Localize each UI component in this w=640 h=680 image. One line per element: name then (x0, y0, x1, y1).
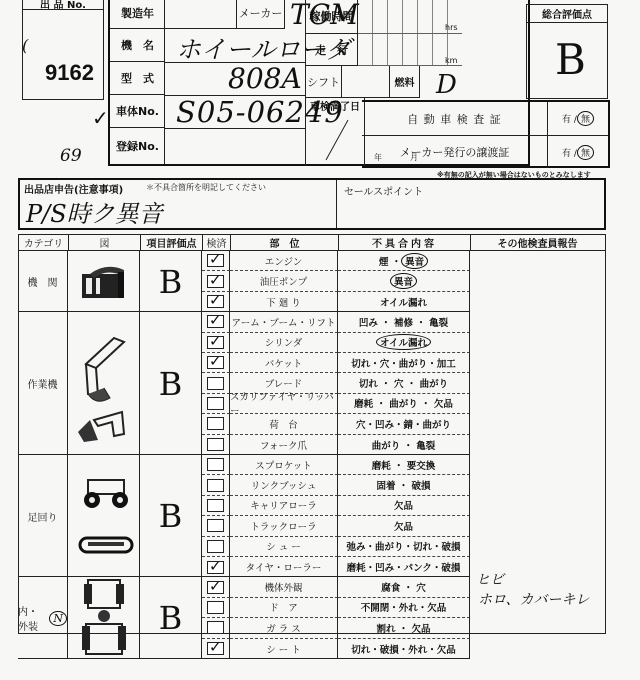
defect-options[interactable]: 欠品 (338, 516, 470, 536)
col-header-defects: 不具合内容 (339, 235, 471, 251)
item-no-label: 出 品 No. (23, 0, 103, 10)
hours-unit: hrs (445, 23, 458, 32)
checked-cell (202, 455, 230, 475)
checked-cell (202, 435, 230, 455)
model-name-label: 機 名 (110, 29, 165, 62)
group-grade[interactable]: B (140, 577, 202, 659)
defect-options[interactable]: 不開閉・外れ・欠品 (338, 598, 470, 618)
remarks-block: 出品店申告(注意事項) ＊不具合箇所を明記してください P/S時ク異音 セールス… (18, 178, 606, 230)
circled-defect: オイル漏れ (376, 334, 431, 350)
inspection-expiry-label: 車検満了日 (306, 98, 364, 112)
cert1-selected: 無 (577, 111, 594, 126)
group-category: 足回り (18, 455, 68, 577)
circled-defect: 異音 (390, 273, 417, 289)
tick-mark: ✓ (92, 106, 109, 130)
cert2-selected: 無 (577, 145, 594, 160)
defect-options[interactable]: オイル漏れ (338, 333, 470, 353)
checkbox[interactable] (207, 356, 224, 369)
part-name: ド ア (230, 598, 338, 618)
type-value[interactable]: 808A (228, 62, 302, 95)
defect-options[interactable]: 腐食 ・ 穴 (338, 577, 470, 597)
col-header-checked: 検済 (203, 235, 231, 251)
group-category: 機 関 (18, 251, 68, 312)
sales-point-field[interactable] (340, 196, 602, 228)
report-tire[interactable]: ヒビ (476, 569, 504, 589)
shift-field[interactable] (342, 66, 390, 98)
part-name: シリンダ (230, 333, 338, 353)
table-group: 足回りBスプロケット磨耗 ・ 要交換リンクブッシュ固着 ・ 破損キャリアローラ欠… (18, 455, 470, 577)
year-label: 製造年 (110, 0, 165, 29)
cert1-label: 自 動 車 検 査 証 (362, 102, 548, 136)
report-body[interactable]: ホロ、カバーキレ (478, 589, 589, 609)
category-label: 内・外装 (18, 603, 47, 633)
checked-cell (202, 496, 230, 516)
part-name: 油圧ポンプ (230, 271, 338, 291)
item-no-box: 出 品 No. 9162 (22, 0, 104, 100)
reg-label: 登録No. (110, 128, 165, 164)
category-mark: N (49, 611, 67, 626)
checkbox[interactable] (207, 581, 224, 594)
defect-options[interactable]: 穴・凹み・錆・曲がり (338, 414, 470, 434)
part-name: ガ ラ ス (230, 618, 338, 638)
checkbox[interactable] (207, 336, 224, 349)
fuel-label: 燃料 (390, 66, 420, 98)
part-name: スプロケット (230, 455, 338, 475)
type-label: 型 式 (110, 62, 165, 95)
checkbox[interactable] (207, 315, 224, 328)
part-name: 機体外観 (230, 577, 338, 597)
checkbox[interactable] (207, 621, 224, 634)
circled-defect: 異音 (401, 253, 428, 269)
table-group: 作業機Bアーム・ブーム・リフト凹み ・ 補修 ・ 亀裂シリンダオイル漏れバケット… (18, 312, 470, 455)
certificate-block: 自 動 車 検 査 証 有 / 無 メーカー発行の譲渡証 有 / 無 (362, 100, 610, 168)
checkbox[interactable] (207, 561, 224, 574)
year-field[interactable] (165, 0, 237, 29)
checked-cell (202, 333, 230, 353)
defect-options[interactable]: 異音 (338, 271, 470, 291)
hours-label: 稼働時間 (306, 0, 358, 34)
cert1-value[interactable]: 有 / 無 (548, 102, 608, 136)
col-header-category: カテゴリ (19, 235, 69, 251)
group-category: 作業機 (18, 312, 68, 455)
checked-cell (202, 271, 230, 291)
engine-illustration (68, 251, 140, 312)
checkbox[interactable] (207, 295, 224, 308)
checked-cell (202, 557, 230, 577)
defect-options[interactable]: 切れ・破損・外れ・欠品 (338, 639, 470, 659)
checked-cell (202, 353, 230, 373)
part-name: キャリアローラ (230, 496, 338, 516)
checked-cell (202, 292, 230, 312)
excavator-arm-illustration (68, 312, 140, 455)
defect-options[interactable]: 弛み・曲がり・切れ・破損 (338, 537, 470, 557)
group-category: 内・外装N (18, 577, 68, 659)
checked-cell (202, 598, 230, 618)
item-no-value: 9162 (45, 60, 94, 86)
checked-cell (202, 577, 230, 597)
checked-cell (202, 251, 230, 271)
category-label: 作業機 (28, 376, 58, 391)
table-group: 機 関Bエンジン煙 ・ 異音油圧ポンプ異音下 廻 りオイル漏れ (18, 251, 470, 312)
part-name: シ ュ ー (230, 537, 338, 557)
checkbox[interactable] (207, 601, 224, 614)
checkbox[interactable] (207, 397, 224, 410)
travel-unit: km (445, 56, 457, 65)
part-name: スカリファイヤ・リッパー (230, 394, 338, 414)
checkbox[interactable] (207, 499, 224, 512)
cert2-label: メーカー発行の譲渡証 (362, 136, 548, 168)
defect-options[interactable]: 固着 ・ 破損 (338, 475, 470, 495)
travel-label: 走 行 (306, 34, 358, 66)
part-name: トラックローラ (230, 516, 338, 536)
defect-options[interactable]: 曲がり ・ 亀裂 (338, 435, 470, 455)
checkbox[interactable] (207, 642, 224, 655)
seller-remarks-hint: ＊不具合箇所を明記してください (146, 182, 266, 193)
checkbox[interactable] (207, 458, 224, 471)
defect-options[interactable]: 切れ ・ 穴 ・ 曲がり (338, 373, 470, 393)
side-number: 69 (60, 146, 82, 166)
reg-field[interactable] (165, 128, 305, 164)
defect-options[interactable]: 磨耗 ・ 要交換 (338, 455, 470, 475)
col-header-figure: 図 (69, 235, 141, 251)
group-grade[interactable]: B (140, 251, 202, 312)
overall-grade-box: 総合評価点 B (526, 4, 608, 99)
defect-options[interactable]: 割れ ・ 欠品 (338, 618, 470, 638)
part-name: シ ー ト (230, 639, 338, 659)
defect-options[interactable]: 切れ・穴・曲がり・加工 (338, 353, 470, 373)
col-header-report: その他検査員報告 (470, 235, 605, 251)
group-grade[interactable]: B (140, 312, 202, 455)
seller-remarks-value[interactable]: P/S時ク異音 (26, 194, 163, 229)
part-name: タイヤ・ローラー (230, 557, 338, 577)
defect-options[interactable]: 磨耗 ・ 曲がり ・ 欠品 (338, 394, 470, 414)
checkbox[interactable] (207, 540, 224, 553)
checked-cell (202, 312, 230, 332)
inspector-report-column: その他検査員報告 ヒビ ホロ、カバーキレ (470, 234, 606, 634)
defect-options[interactable]: 凹み ・ 補修 ・ 亀裂 (338, 312, 470, 332)
checkbox[interactable] (207, 519, 224, 532)
defect-options[interactable]: 欠品 (338, 496, 470, 516)
defect-options[interactable]: 磨耗・凹み・パンク・破損 (338, 557, 470, 577)
category-label: 機 関 (28, 274, 58, 289)
checked-cell (202, 639, 230, 659)
checked-cell (202, 475, 230, 495)
checked-cell (202, 516, 230, 536)
checked-cell (202, 373, 230, 393)
checkbox[interactable] (207, 438, 224, 451)
col-header-part: 部 位 (231, 235, 339, 251)
part-name: リンクブッシュ (230, 475, 338, 495)
cert2-value[interactable]: 有 / 無 (548, 136, 608, 168)
overall-grade-value[interactable]: B (555, 35, 586, 84)
checked-cell (202, 394, 230, 414)
table-group: 内・外装NB機体外観腐食 ・ 穴ド ア不開閉・外れ・欠品ガ ラ ス割れ ・ 欠品… (18, 577, 470, 659)
category-label: 足回り (28, 509, 58, 524)
checked-cell (202, 537, 230, 557)
part-name: フォーク爪 (230, 435, 338, 455)
checkbox[interactable] (207, 275, 224, 288)
checkbox[interactable] (207, 377, 224, 390)
cabin-illustration (68, 577, 140, 659)
maker-label: メーカー (237, 0, 285, 29)
checked-cell (202, 414, 230, 434)
col-header-grade: 項目評価点 (141, 235, 203, 251)
left-mark: ( (22, 36, 28, 55)
wheel-loader-illustration (68, 455, 140, 577)
checkbox[interactable] (207, 417, 224, 430)
part-name: アーム・ブーム・リフト (230, 312, 338, 332)
checked-cell (202, 618, 230, 638)
defect-options[interactable]: オイル漏れ (338, 292, 470, 312)
fuel-value[interactable]: D (436, 70, 457, 100)
part-name: バケット (230, 353, 338, 373)
defect-options[interactable]: 煙 ・ 異音 (338, 251, 470, 271)
part-name: 下 廻 り (230, 292, 338, 312)
table-groups: 機 関Bエンジン煙 ・ 異音油圧ポンプ異音下 廻 りオイル漏れ作業機Bアーム・ブ… (18, 251, 470, 636)
checkbox[interactable] (207, 479, 224, 492)
checkbox[interactable] (207, 254, 224, 267)
group-grade[interactable]: B (140, 455, 202, 577)
part-name: 荷 台 (230, 414, 338, 434)
chassis-label: 車体No. (110, 95, 165, 128)
inspection-expiry-field[interactable] (306, 112, 364, 164)
overall-grade-label: 総合評価点 (527, 5, 607, 23)
shift-label: シフト (306, 66, 342, 98)
part-name: エンジン (230, 251, 338, 271)
